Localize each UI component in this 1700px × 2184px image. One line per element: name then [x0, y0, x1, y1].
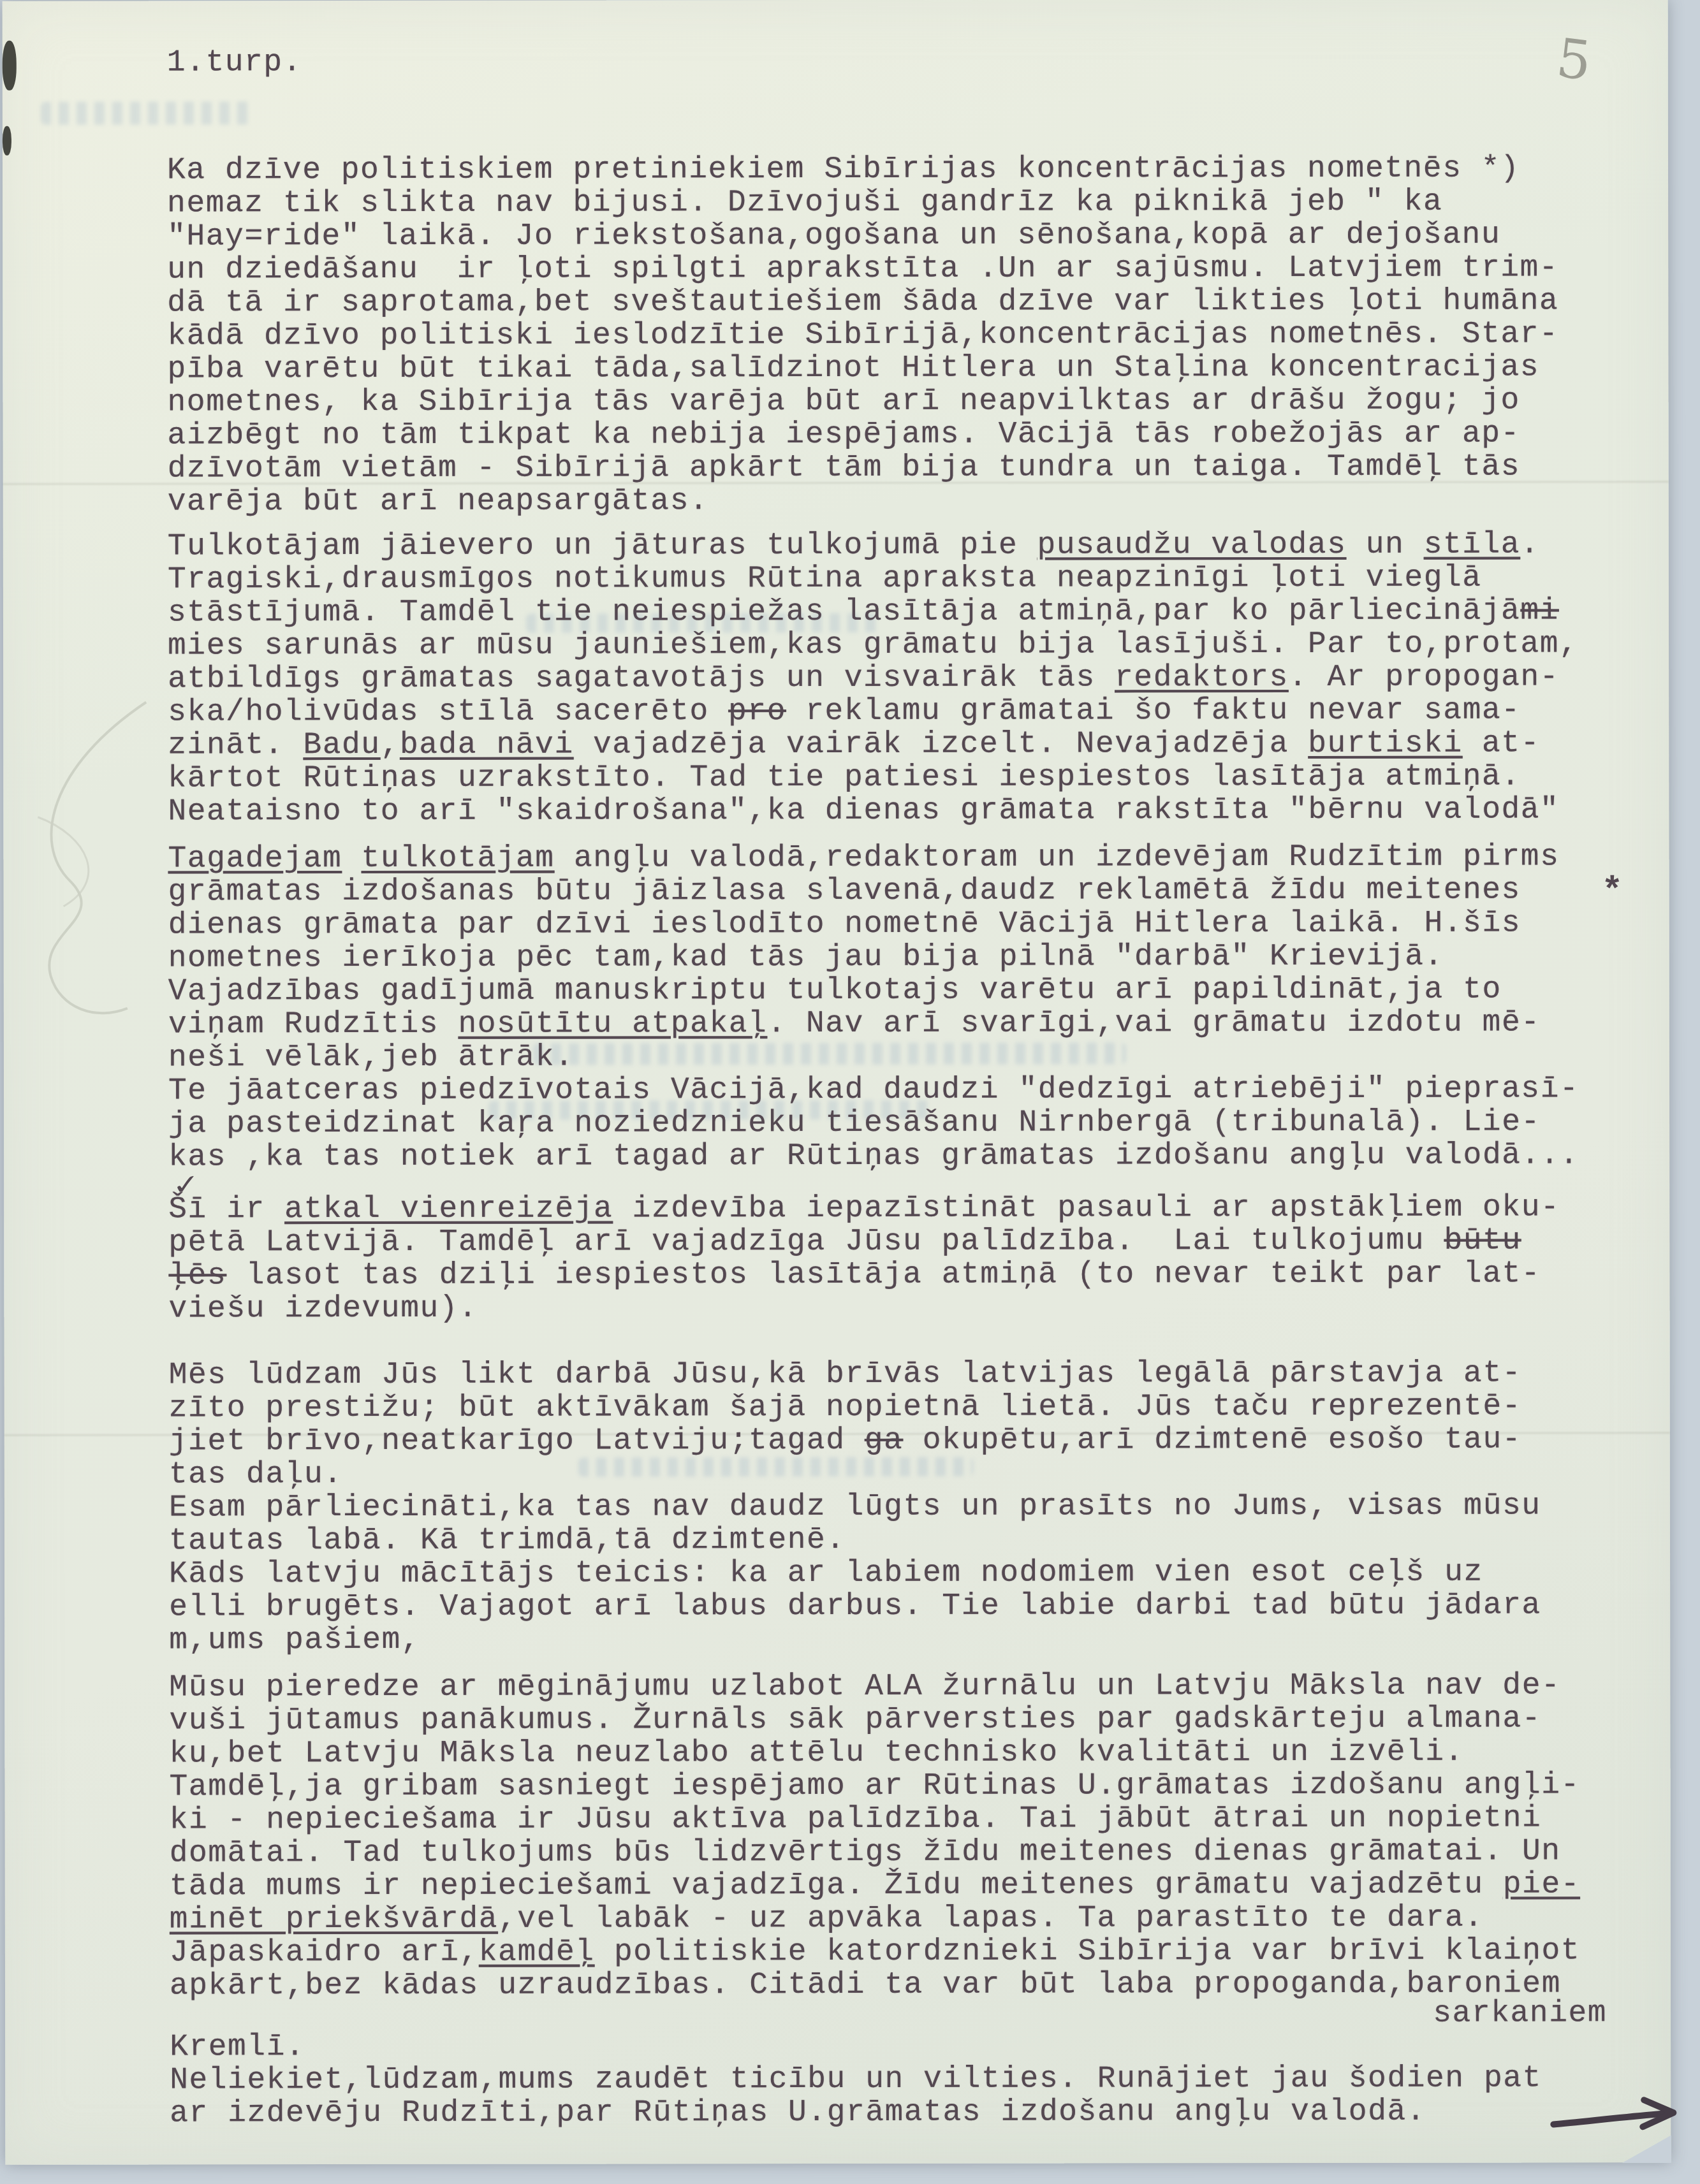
text-line: Tulkotājam jāievero un jāturas tulkojumā…: [168, 528, 1614, 563]
paper-corner: [1622, 2135, 1671, 2163]
page-number: 5: [1553, 27, 1595, 93]
text-line: neši vēlāk,jeb ātrāk.: [168, 1039, 1615, 1074]
text-line: viņam Rudzītis nosūtītu atpakaļ. Nav arī…: [168, 1006, 1615, 1041]
text-line: un dziedāšanu ir ļoti spilgti aprakstīta…: [167, 251, 1613, 286]
text-line: Ka dzīve politiskiem pretiniekiem Sibīri…: [167, 152, 1613, 187]
text-line: nemaz tik slikta nav bijusi. Dzīvojuši g…: [167, 185, 1613, 220]
text-line: minēt priekšvārdā,vel labāk - uz apvāka …: [170, 1901, 1616, 1936]
text-line: varēja būt arī neapsargātas.: [168, 483, 1614, 518]
text-line: Neliekiet,lūdzam,mums zaudēt ticību un v…: [170, 2062, 1616, 2097]
margin-asterisk-mark: *: [1602, 871, 1623, 912]
text-line: Mūsu pieredze ar mēginājumu uzlabot ALA …: [169, 1669, 1615, 1704]
text-line: ku,bet Latvju Māksla neuzlabo attēlu tec…: [169, 1735, 1615, 1770]
text-line: atbildīgs grāmatas sagatavotājs un visva…: [168, 660, 1614, 695]
text-line: Te jāatceras piedzīvotais Vācijā,kad dau…: [168, 1072, 1615, 1107]
text-line: m,ums pašiem,: [169, 1622, 1615, 1657]
text-line: aizbēgt no tām tikpat ka nebija iespējam…: [168, 417, 1614, 452]
pencil-squiggle: [12, 689, 179, 1046]
text-line: Esam pārliecināti,ka tas nav daudz lūgts…: [169, 1489, 1615, 1524]
bleed-through-smudge: [41, 101, 251, 124]
text-line: "Hay=ride" laikā. Jo riekstošana,ogošana…: [167, 218, 1613, 253]
scan-artifact: [3, 41, 17, 91]
text-line: dienas grāmata par dzīvi ieslodīto nomet…: [168, 906, 1615, 942]
text-line: tautas labā. Kā trimdā,tā dzimtenē.: [169, 1522, 1615, 1557]
text-line: kārtot Rūtiņas uzrakstīto. Tad tie patie…: [168, 760, 1614, 795]
text-line: Vajadzības gadījumā manuskriptu tulkotaj…: [168, 973, 1615, 1008]
page-continuation-label: 1.turp.: [167, 45, 302, 80]
text-line: grāmatas izdošanas būtu jāizlasa slavenā…: [168, 873, 1615, 908]
arrow-icon: [1548, 2093, 1695, 2138]
text-line: Mēs lūdzam Jūs likt darbā Jūsu,kā brīvās…: [169, 1357, 1615, 1392]
text-line: Tagadejam tulkotājam angļu valodā,redakt…: [168, 840, 1614, 875]
text-line: Kremlī.: [170, 2028, 1616, 2064]
paragraph: Ka dzīve politiskiem pretiniekiem Sibīri…: [167, 152, 1614, 518]
paragraph: Tulkotājam jāievero un jāturas tulkojumā…: [168, 528, 1615, 828]
text-line: pība varētu būt tikai tāda,salīdzinot Hi…: [167, 351, 1613, 386]
text-line: Kāds latvju mācītājs teicis: ka ar labie…: [169, 1555, 1615, 1591]
text-line: Jāpaskaidro arī,kamdēļ politiskie katord…: [170, 1934, 1616, 1969]
text-line: Neataisno to arī "skaidrošana",ka dienas…: [168, 793, 1614, 828]
text-line: mies sarunās ar mūsu jauniešiem,kas grām…: [168, 627, 1614, 662]
text-line: Tamdēļ,ja gribam sasniegt iespējamo ar R…: [170, 1768, 1616, 1803]
check-mark: ✓: [170, 1167, 202, 1201]
text-line: Tragiski,drausmīgos notikumus Rūtina apr…: [168, 561, 1614, 596]
text-line: kas ,ka tas notiek arī tagad ar Rūtiņas …: [168, 1139, 1615, 1174]
text-line: kādā dzīvo politiski ieslodzītie Sibīrij…: [167, 317, 1613, 353]
paragraph: Šī ir atkal vienreizēja izdevība iepazīs…: [168, 1191, 1615, 1325]
text-line: tāda mums ir nepieciešami vajadzīga. Žīd…: [170, 1868, 1616, 1903]
text-line: stāstījumā. Tamdēl tie neiespiežas lasīt…: [168, 594, 1614, 629]
text-line: nometnes, ka Sibīrija tās varēja būt arī…: [167, 384, 1613, 419]
text-line: ska/holivūdas stīlā sacerēto pro reklamu…: [168, 694, 1614, 729]
text-line: elli brugēts. Vajagot arī labus darbus. …: [169, 1589, 1615, 1624]
text-line: Šī ir atkal vienreizēja izdevība iepazīs…: [168, 1191, 1615, 1226]
paragraph: Tagadejam tulkotājam angļu valodā,redakt…: [168, 840, 1615, 1174]
text-line: zīto prestižu; būt aktīvākam šajā nopiet…: [169, 1390, 1615, 1425]
text-line: ar izdevēju Rudzīti,par Rūtiņas U.grāmat…: [170, 2095, 1616, 2130]
text-line: zināt. Badu,bada nāvi vajadzēja vairāk i…: [168, 727, 1614, 762]
paragraph: Mēs lūdzam Jūs likt darbā Jūsu,kā brīvās…: [169, 1357, 1616, 1657]
text-line: vuši jūtamus panākumus. Žurnāls sāk pārv…: [169, 1702, 1615, 1737]
scan-artifact: [3, 126, 11, 156]
text-line: dā tā ir saprotama,bet sveštautiešiem šā…: [167, 284, 1613, 319]
text-line: jiet brīvo,neatkarīgo Latviju;tagad ga o…: [169, 1423, 1615, 1458]
text-line: apkārt,bez kādas uzraudzības. Citādi ta …: [170, 1967, 1616, 2002]
text-line: pētā Latvijā. Tamdēļ arī vajadzīga Jūsu …: [168, 1224, 1615, 1259]
document-page: 1.turp. 5 Ka dzīve politiskiem pretiniek…: [3, 0, 1671, 2165]
text-line: tas daļu.: [169, 1456, 1615, 1491]
letter-body: Ka dzīve politiskiem pretiniekiem Sibīri…: [167, 152, 1616, 2130]
text-line: sarkaniem: [170, 2000, 1616, 2030]
text-line: viešu izdevumu).: [168, 1290, 1615, 1325]
text-line: nometnes ierīkoja pēc tam,kad tās jau bi…: [168, 940, 1615, 975]
text-line: ļēs lasot tas dziļi iespiestos lasītāja …: [168, 1257, 1615, 1292]
text-line: ja pasteidzinat kaŗa noziedznieku tiesāš…: [168, 1105, 1615, 1140]
text-line: domātai. Tad tulkojums būs lidzvērtigs ž…: [170, 1835, 1616, 1870]
paragraph: Mūsu pieredze ar mēginājumu uzlabot ALA …: [169, 1669, 1616, 2130]
text-line: ki - nepieciešama ir Jūsu aktīva palīdzī…: [170, 1802, 1616, 1837]
text-line: dzīvotām vietām - Sibīrijā apkārt tām bi…: [168, 450, 1614, 485]
